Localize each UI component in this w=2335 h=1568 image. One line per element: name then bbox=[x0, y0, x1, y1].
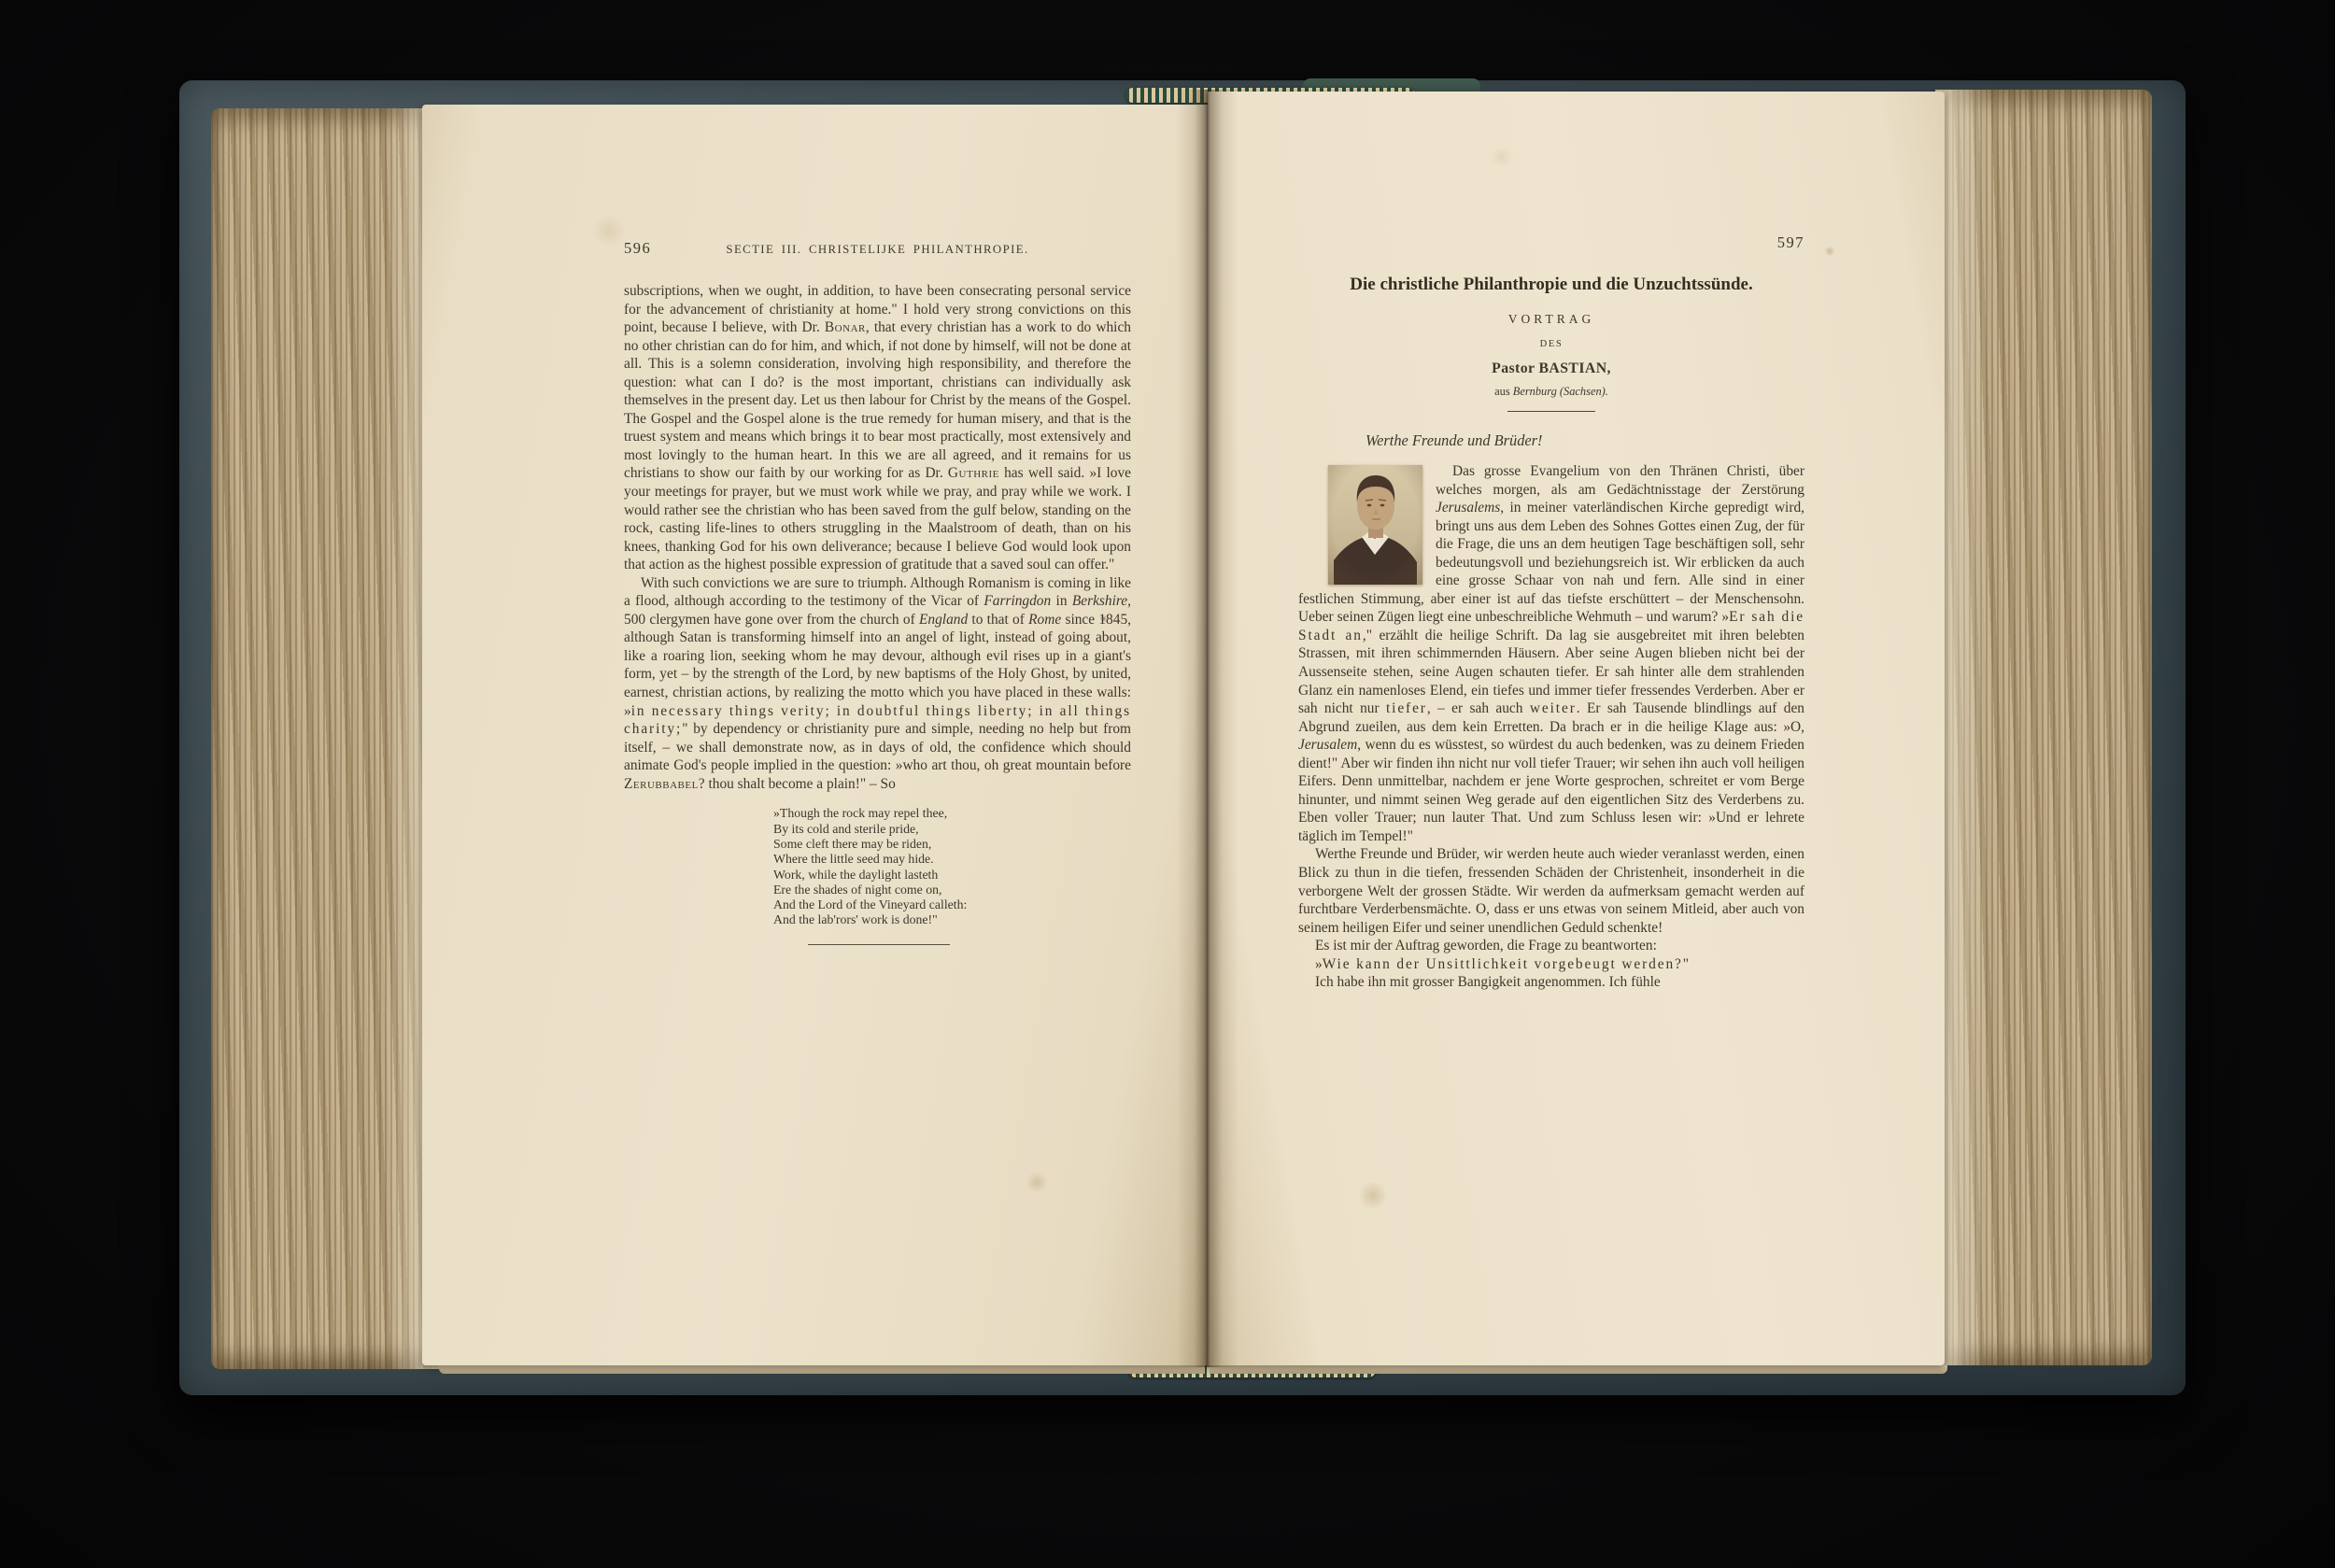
poem-line: Ere the shades of night come on, bbox=[773, 883, 1131, 897]
leaf-stack-edge-right bbox=[1210, 1365, 1947, 1374]
styled-text: Berkshire bbox=[1072, 593, 1127, 609]
left-page-text: 596 SECTIE III. CHRISTELIJKE PHILANTHROP… bbox=[624, 239, 1131, 945]
question-line: »Wie kann der Unsittlichkeit vorgebeugt … bbox=[1298, 955, 1804, 974]
poem-line: Where the little seed may hide. bbox=[773, 852, 1131, 867]
paragraph: With such convictions we are sure to tri… bbox=[624, 574, 1131, 794]
styled-text: Rome bbox=[1028, 612, 1061, 628]
styled-text: Bernburg bbox=[1513, 385, 1557, 398]
foxing-spot bbox=[1824, 247, 1835, 256]
page-number: 597 bbox=[1298, 233, 1804, 252]
poem-line: Some cleft there may be riden, bbox=[773, 837, 1131, 852]
running-head-row: 596 SECTIE III. CHRISTELIJKE PHILANTHROP… bbox=[624, 239, 1131, 261]
styled-text: (Sachsen). bbox=[1560, 385, 1608, 398]
pastor-portrait-photo bbox=[1328, 465, 1422, 585]
poem-line: Work, while the daylight lasteth bbox=[773, 868, 1131, 883]
styled-text: Jerusalems bbox=[1436, 500, 1500, 516]
genre-label: VORTRAG bbox=[1298, 312, 1804, 327]
styled-text: Jerusalem bbox=[1298, 737, 1357, 753]
styled-text: in necessary things verity; in doubtful … bbox=[624, 703, 1131, 738]
styled-text: Bonar bbox=[825, 319, 866, 335]
salutation: Werthe Freunde und Brüder! bbox=[1366, 431, 1804, 450]
poem-line: And the lab'rors' work is done!" bbox=[773, 912, 1131, 927]
poem: »Though the rock may repel thee,By its c… bbox=[773, 806, 1131, 927]
styled-text: Farringdon bbox=[984, 593, 1051, 609]
styled-text: Wie kann der Unsittlichkeit vorgebeugt w… bbox=[1323, 956, 1683, 972]
poem-line: »Though the rock may repel thee, bbox=[773, 806, 1131, 821]
age-stain bbox=[1025, 1172, 1049, 1193]
author-name: Pastor BASTIAN, bbox=[1298, 360, 1804, 377]
styled-text: Guthrie bbox=[948, 465, 999, 481]
leaf-stack-edge-left bbox=[439, 1365, 1205, 1374]
paragraph-with-portrait: Das grosse Evangelium von den Thränen Ch… bbox=[1298, 462, 1804, 845]
section-divider-rule bbox=[808, 944, 950, 945]
paragraph: Werthe Freunde und Brüder, wir werden he… bbox=[1298, 845, 1804, 937]
styled-text: weiter bbox=[1530, 700, 1577, 716]
des-label: DES bbox=[1298, 339, 1804, 349]
author-origin: aus Bernburg (Sachsen). bbox=[1298, 385, 1804, 399]
page-edges-left bbox=[211, 108, 441, 1369]
right-page-text: 597 Die christliche Philanthropie und di… bbox=[1298, 233, 1804, 992]
open-book-photograph: 596 SECTIE III. CHRISTELIJKE PHILANTHROP… bbox=[0, 0, 2335, 1568]
styled-text: tiefer bbox=[1386, 700, 1427, 716]
age-stain bbox=[590, 217, 628, 245]
article-title: Die christliche Philanthropie und die Un… bbox=[1298, 275, 1804, 295]
running-header: SECTIE III. CHRISTELIJKE PHILANTHROPIE. bbox=[624, 243, 1131, 257]
paragraph: Es ist mir der Auftrag geworden, die Fra… bbox=[1298, 937, 1804, 955]
age-stain bbox=[1357, 1182, 1389, 1208]
paragraph: subscriptions, when we ought, in additio… bbox=[624, 282, 1131, 574]
title-divider-rule bbox=[1507, 411, 1595, 412]
styled-text: England bbox=[919, 612, 968, 628]
poem-line: By its cold and sterile pride, bbox=[773, 822, 1131, 837]
styled-text: Zerubbabel bbox=[624, 776, 699, 792]
page-edges-right bbox=[1935, 90, 2152, 1365]
styled-text: Er sah die Stadt an bbox=[1298, 609, 1804, 643]
age-stain bbox=[1488, 148, 1516, 166]
poem-line: And the Lord of the Vineyard calleth: bbox=[773, 897, 1131, 912]
paragraph: Ich habe ihn mit grosser Bangigkeit ange… bbox=[1298, 973, 1804, 992]
